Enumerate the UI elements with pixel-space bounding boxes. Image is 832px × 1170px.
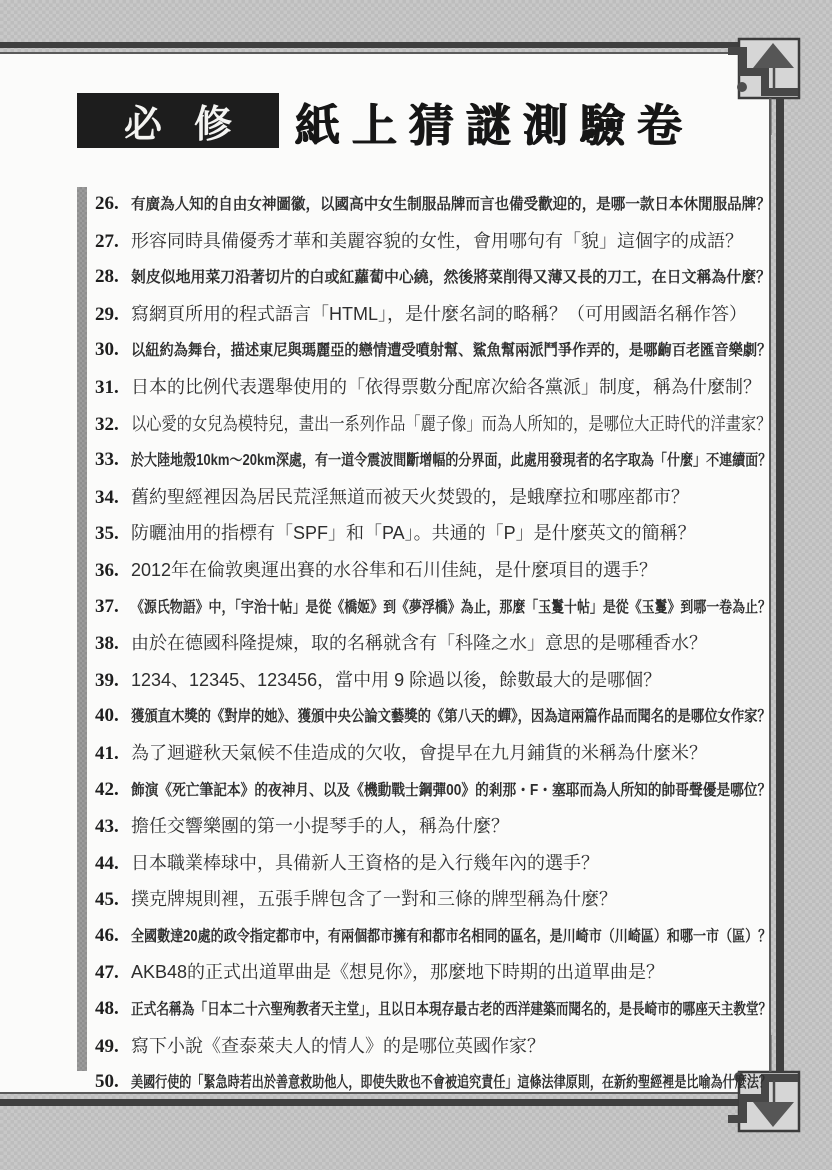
question-number: 31. (95, 370, 131, 407)
question-number: 43. (95, 809, 131, 846)
frame-border-top-thin (0, 52, 741, 54)
question-row: 37.《源氏物語》中，「宇治十帖」是從《橋姬》到《夢浮橋》為止，那麼「玉鬘十帖」… (95, 589, 771, 626)
question-number: 35. (95, 516, 131, 553)
printers-dot-top (737, 82, 747, 92)
question-row: 36.2012年在倫敦奧運出賽的水谷隼和石川佳純，是什麼項目的選手？ (95, 552, 771, 589)
question-number: 38. (95, 626, 131, 663)
question-row: 39.1234、12345、123456，當中用 9 除過以後，餘數最大的是哪個… (95, 662, 771, 699)
question-number: 30. (95, 332, 131, 369)
question-number: 45. (95, 882, 131, 919)
question-number: 27. (95, 224, 131, 261)
question-text: 獲頒直木獎的《對岸的她》、獲頒中央公論文藝獎的《第八天的蟬》，因為這兩篇作品而聞… (131, 699, 771, 736)
question-text: 日本的比例代表選舉使用的「依得票數分配席次給各黨派」制度，稱為什麼制？ (131, 369, 761, 406)
border-continuation-thick (776, 1035, 784, 1072)
question-text: 為了迴避秋天氣候不佳造成的欠收，會提早在九月鋪貨的米稱為什麼米？ (131, 735, 707, 772)
question-text: 寫下小說《查泰萊夫人的情人》的是哪位英國作家？ (131, 1028, 545, 1065)
question-text: 有廣為人知的自由女神圖徽，以國高中女生制服品牌而言也備受歡迎的，是哪一款日本休閒… (131, 187, 771, 224)
question-row: 42.飾演《死亡筆記本》的夜神月、以及《機動戰士鋼彈00》的剎那・F・塞耶而為人… (95, 772, 771, 809)
question-list: 26.有廣為人知的自由女神圖徽，以國高中女生制服品牌而言也備受歡迎的，是哪一款日… (95, 186, 771, 1101)
question-number: 33. (95, 442, 131, 479)
question-text: 日本職業棒球中，具備新人王資格的是入行幾年內的選手？ (131, 845, 599, 882)
question-number: 47. (95, 955, 131, 992)
question-text: 形容同時具備優秀才華和美麗容貌的女性，會用哪句有「貌」這個字的成語？ (131, 223, 743, 260)
question-text: 全國數達20處的政令指定都市中，有兩個都市擁有和都市名相同的區名，是川崎市（川崎… (131, 919, 771, 956)
question-row: 43.擔任交響樂團的第一小提琴手的人，稱為什麼？ (95, 808, 771, 845)
question-row: 26.有廣為人知的自由女神圖徽，以國高中女生制服品牌而言也備受歡迎的，是哪一款日… (95, 186, 771, 223)
question-row: 31.日本的比例代表選舉使用的「依得票數分配席次給各黨派」制度，稱為什麼制？ (95, 369, 771, 406)
question-text: 於大陸地殼10km～20km深處，有一道令震波間斷增幅的分界面，此處用發現者的名… (131, 443, 771, 480)
question-row: 49.寫下小說《查泰萊夫人的情人》的是哪位英國作家？ (95, 1028, 771, 1065)
question-row: 30.以紐約為舞台，描述東尼與瑪麗亞的戀情遭受噴射幫、鯊魚幫兩派鬥爭作弄的，是哪… (95, 332, 771, 369)
question-row: 44.日本職業棒球中，具備新人王資格的是入行幾年內的選手？ (95, 845, 771, 882)
question-number: 44. (95, 846, 131, 883)
question-number: 49. (95, 1029, 131, 1066)
question-text: 舊約聖經裡因為居民荒淫無道而被天火焚毀的，是蛾摩拉和哪座都市？ (131, 479, 689, 516)
question-text: 剝皮似地用菜刀沿著切片的白或紅蘿蔔中心繞，然後將菜削得又薄又長的刀工，在日文稱為… (131, 260, 771, 297)
question-row: 41.為了迴避秋天氣候不佳造成的欠收，會提早在九月鋪貨的米稱為什麼米？ (95, 735, 771, 772)
question-row: 48.正式名稱為「日本二十六聖殉教者天主堂」，且以日本現存最古老的西洋建築而聞名… (95, 991, 771, 1028)
question-row: 46.全國數達20處的政令指定都市中，有兩個都市擁有和都市名相同的區名，是川崎市… (95, 918, 771, 955)
scanned-quiz-page: 必修 紙上猜謎測驗卷 26.有廣為人知的自由女神圖徽，以國高中女生制服品牌而言也… (0, 0, 832, 1170)
question-text: 撲克牌規則裡，五張手牌包含了一對和三條的牌型稱為什麼？ (131, 881, 617, 918)
question-number: 50. (95, 1064, 131, 1101)
question-row: 27.形容同時具備優秀才華和美麗容貌的女性，會用哪句有「貌」這個字的成語？ (95, 223, 771, 260)
question-number: 40. (95, 698, 131, 735)
question-row: 35.防曬油用的指標有「SPF」和「PA」。共通的「P」是什麼英文的簡稱？ (95, 515, 771, 552)
page-title: 紙上猜謎測驗卷 (295, 94, 694, 149)
frame-border-top-thick (0, 42, 741, 48)
border-continuation-thick (776, 98, 784, 135)
question-row: 50.美國行使的「緊急時若出於善意救助他人，即使失敗也不會被追究責任」這條法律原… (95, 1064, 771, 1101)
question-number: 37. (95, 589, 131, 626)
question-text: AKB48的正式出道單曲是《想見你》，那麼地下時期的出道單曲是？ (131, 954, 664, 991)
question-number: 41. (95, 736, 131, 773)
question-number: 32. (95, 407, 131, 444)
question-text: 《源氏物語》中，「宇治十帖」是從《橋姬》到《夢浮橋》為止，那麼「玉鬘十帖」是從《… (131, 590, 771, 627)
question-number: 29. (95, 297, 131, 334)
question-text: 美國行使的「緊急時若出於善意救助他人，即使失敗也不會被追究責任」這條法律原則，在… (131, 1065, 771, 1102)
left-accent-bar (77, 187, 87, 1071)
question-number: 46. (95, 918, 131, 955)
question-number: 28. (95, 259, 131, 296)
question-row: 34.舊約聖經裡因為居民荒淫無道而被天火焚毀的，是蛾摩拉和哪座都市？ (95, 479, 771, 516)
required-badge: 必修 (77, 93, 279, 148)
question-number: 26. (95, 186, 131, 223)
question-row: 28.剝皮似地用菜刀沿著切片的白或紅蘿蔔中心繞，然後將菜削得又薄又長的刀工，在日… (95, 259, 771, 296)
question-number: 39. (95, 663, 131, 700)
question-text: 擔任交響樂團的第一小提琴手的人，稱為什麼？ (131, 808, 509, 845)
question-text: 飾演《死亡筆記本》的夜神月、以及《機動戰士鋼彈00》的剎那・F・塞耶而為人所知的… (131, 773, 771, 810)
question-row: 38.由於在德國科隆提煉，取的名稱就含有「科隆之水」意思的是哪種香水？ (95, 625, 771, 662)
question-number: 36. (95, 553, 131, 590)
question-number: 48. (95, 991, 131, 1028)
question-row: 47.AKB48的正式出道單曲是《想見你》，那麼地下時期的出道單曲是？ (95, 954, 771, 991)
question-number: 42. (95, 772, 131, 809)
question-row: 33.於大陸地殼10km～20km深處，有一道令震波間斷增幅的分界面，此處用發現… (95, 442, 771, 479)
question-row: 32.以心愛的女兒為模特兒，畫出一系列作品「麗子像」而為人所知的，是哪位大正時代… (95, 406, 771, 443)
question-text: 由於在德國科隆提煉，取的名稱就含有「科隆之水」意思的是哪種香水？ (131, 625, 707, 662)
border-continuation-thin (769, 98, 772, 135)
question-row: 45.撲克牌規則裡，五張手牌包含了一對和三條的牌型稱為什麼？ (95, 881, 771, 918)
question-text: 寫網頁所用的程式語言「HTML」，是什麼名詞的略稱？（可用國語名稱作答） (131, 296, 747, 333)
frame-border-right-thick (776, 48, 784, 1100)
question-text: 2012年在倫敦奧運出賽的水谷隼和石川佳純，是什麼項目的選手？ (131, 552, 657, 589)
question-row: 40.獲頒直木獎的《對岸的她》、獲頒中央公論文藝獎的《第八天的蟬》，因為這兩篇作… (95, 698, 771, 735)
question-text: 1234、12345、123456，當中用 9 除過以後，餘數最大的是哪個？ (131, 662, 661, 699)
question-row: 29.寫網頁所用的程式語言「HTML」，是什麼名詞的略稱？（可用國語名稱作答） (95, 296, 771, 333)
question-number: 34. (95, 480, 131, 517)
question-text: 防曬油用的指標有「SPF」和「PA」。共通的「P」是什麼英文的簡稱？ (131, 515, 696, 552)
question-text: 以心愛的女兒為模特兒，畫出一系列作品「麗子像」而為人所知的，是哪位大正時代的洋畫… (131, 406, 771, 443)
question-text: 正式名稱為「日本二十六聖殉教者天主堂」，且以日本現存最古老的西洋建築而聞名的，是… (131, 992, 771, 1029)
question-text: 以紐約為舞台，描述東尼與瑪麗亞的戀情遭受噴射幫、鯊魚幫兩派鬥爭作弄的，是哪齣百老… (131, 333, 771, 370)
